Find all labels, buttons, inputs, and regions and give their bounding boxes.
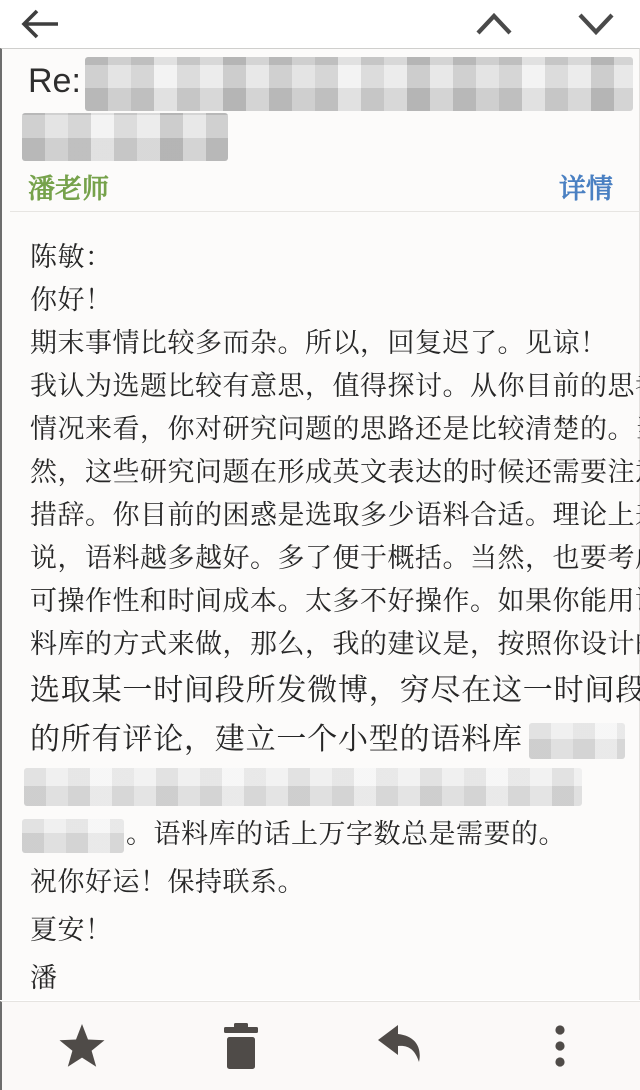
reply-icon bbox=[376, 1024, 426, 1068]
redacted-text-block bbox=[24, 768, 582, 806]
more-options-button[interactable] bbox=[481, 1002, 640, 1090]
body-line: 陈敏： bbox=[30, 236, 629, 279]
chevron-down-icon bbox=[577, 12, 615, 36]
redacted-body-line bbox=[30, 764, 629, 810]
top-toolbar bbox=[0, 0, 640, 48]
body-line: 情况来看，你对研究问题的思路还是比较清楚的。当 bbox=[30, 408, 629, 451]
body-line: 然，这些研究问题在形成英文表达的时候还需要注意 bbox=[30, 451, 629, 494]
bottom-toolbar bbox=[0, 1001, 640, 1090]
more-options-icon bbox=[554, 1025, 566, 1067]
previous-mail-button[interactable] bbox=[472, 5, 516, 43]
body-line: 我认为选题比较有意思，值得探讨。从你目前的思考 bbox=[30, 365, 629, 408]
subject-prefix: Re: bbox=[28, 55, 81, 107]
body-line: 你好！ bbox=[30, 279, 629, 322]
body-line: 。语料库的话上万字数总是需要的。 bbox=[30, 810, 629, 858]
redacted-text-block bbox=[529, 723, 625, 759]
sender-row: 潘老师 详情 bbox=[2, 161, 639, 211]
back-button[interactable] bbox=[16, 5, 62, 43]
chevron-up-icon bbox=[475, 12, 513, 36]
mail-content-card: Re: 潘老师 详情 陈敏：你好！期末事情比较多而杂。所以，回复迟了。见谅！我认… bbox=[0, 48, 640, 1000]
body-line: 祝你好运！保持联系。 bbox=[30, 858, 629, 906]
sender-name[interactable]: 潘老师 bbox=[28, 167, 109, 206]
redacted-text-block bbox=[22, 819, 124, 853]
mail-app-screen: Re: 潘老师 详情 陈敏：你好！期末事情比较多而杂。所以，回复迟了。见谅！我认… bbox=[0, 0, 640, 1090]
body-line: 可操作性和时间成本。太多不好操作。如果你能用语 bbox=[30, 580, 629, 623]
back-arrow-icon bbox=[18, 7, 60, 41]
redacted-subject-block bbox=[85, 57, 633, 111]
body-line: 的所有评论，建立一个小型的语料库 bbox=[30, 715, 629, 764]
body-line: 夏安！ bbox=[30, 906, 629, 954]
star-button[interactable] bbox=[2, 1002, 162, 1090]
redacted-subject-block-2 bbox=[22, 113, 228, 161]
details-link[interactable]: 详情 bbox=[559, 167, 613, 206]
body-line: 潘 bbox=[30, 954, 629, 1002]
body-line: 料库的方式来做，那么，我的建议是，按照你设计的 bbox=[30, 623, 629, 666]
star-icon bbox=[58, 1023, 106, 1069]
mail-subject: Re: bbox=[2, 49, 639, 161]
body-line: 措辞。你目前的困惑是选取多少语料合适。理论上来 bbox=[30, 494, 629, 537]
mail-body-text: 陈敏：你好！期末事情比较多而杂。所以，回复迟了。见谅！我认为选题比较有意思，值得… bbox=[2, 212, 639, 1002]
body-line: 选取某一时间段所发微博，穷尽在这一时间段 bbox=[30, 666, 629, 715]
trash-icon bbox=[224, 1023, 258, 1069]
delete-button[interactable] bbox=[162, 1002, 322, 1090]
body-line: 说，语料越多越好。多了便于概括。当然，也要考虑 bbox=[30, 537, 629, 580]
reply-button[interactable] bbox=[321, 1002, 481, 1090]
body-line: 期末事情比较多而杂。所以，回复迟了。见谅！ bbox=[30, 322, 629, 365]
next-mail-button[interactable] bbox=[574, 5, 618, 43]
